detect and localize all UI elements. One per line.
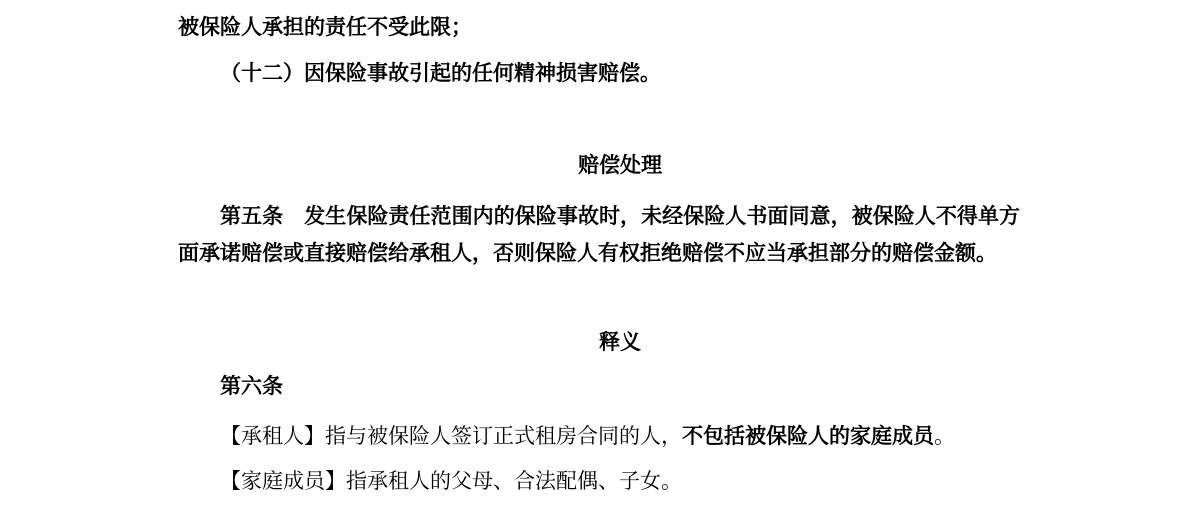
document-page: 被保险人承担的责任不受此限； （十二）因保险事故引起的任何精神损害赔偿。 赔偿处…	[178, 0, 1020, 513]
paragraph-article-6: 第六条	[178, 374, 1020, 398]
definition-tenant-lead: 【承租人】指与被保险人签订正式租房合同的人，	[220, 424, 682, 448]
clause-item-12: （十二）因保险事故引起的任何精神损害赔偿。	[178, 61, 1020, 85]
paragraph-article-5: 第五条 发生保险责任范围内的保险事故时，未经保险人书面同意，被保险人不得单方面承…	[178, 198, 1020, 272]
definition-tenant-emphasis: 不包括被保险人的家庭成员	[682, 424, 934, 448]
definition-tenant-tail: 。	[934, 424, 955, 448]
definition-family-members: 【家庭成员】指承租人的父母、合法配偶、子女。	[178, 469, 1020, 493]
section-heading-definitions: 释义	[178, 330, 1020, 354]
definition-tenant: 【承租人】指与被保险人签订正式租房合同的人，不包括被保险人的家庭成员。	[178, 424, 1020, 448]
section-heading-claims-handling: 赔偿处理	[178, 153, 1020, 177]
paragraph-liability-carryover: 被保险人承担的责任不受此限；	[178, 15, 1020, 39]
